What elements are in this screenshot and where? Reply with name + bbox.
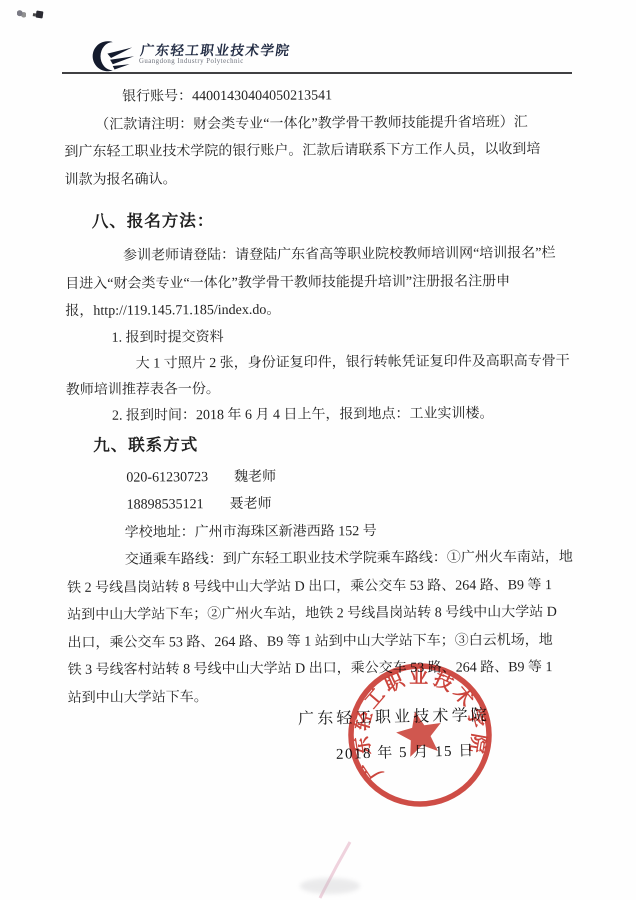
registration-url-line: 报，http://119.145.71.185/index.do。 — [65, 295, 577, 326]
scan-artifact-mark — [36, 11, 44, 19]
bank-account-line: 银行账号：44001430404050213541 — [64, 81, 576, 112]
official-seal-stamp: 广东轻工职业技术学院 — [331, 646, 509, 824]
header-divider — [62, 72, 572, 74]
scanned-document-page: 广东轻工职业技术学院 Guangdong Industry Polytechni… — [0, 0, 636, 900]
contact-phone: 020-61230723 — [126, 470, 208, 485]
route-line: 出口，乘公交车 53 路、264 路、B9 等 1 站到中山大学站下车；③白云机… — [67, 626, 579, 657]
address-line: 学校地址：广州市海珠区新港西路 152 号 — [67, 516, 579, 547]
contact-line: 18898535121聂老师 — [66, 489, 578, 520]
logo-bird-icon — [88, 41, 134, 75]
contact-line: 020-61230723魏老师 — [66, 461, 578, 492]
remit-note-line: （汇款请注明：财会类专业“一体化”教学骨干教师技能提升省培班）汇 — [64, 108, 576, 139]
logo-school-name: 广东轻工职业技术学院 — [140, 43, 292, 58]
route-line: 铁 3 号线客村站转 8 号线中山大学站 D 出口，乘公交车 53 路、264 … — [68, 654, 580, 685]
route-line: 铁 2 号线昌岗站转 8 号线中山大学站 D 出口，乘公交车 53 路、264 … — [67, 571, 579, 602]
item2-line: 2. 报到时间：2018 年 6 月 4 日上午，报到地点：工业实训楼。 — [66, 400, 578, 429]
contact-name: 聂老师 — [230, 497, 272, 512]
remit-note-line: 到广东轻工职业技术学院的银行账户。汇款后请联系下方工作人员，以收到培 — [64, 136, 576, 167]
section-8-heading: 八、报名方法： — [65, 204, 577, 236]
route-line: 交通乘车路线：到广东轻工职业技术学院乘车路线：①广州火车南站，地 — [67, 544, 579, 575]
registration-line: 目进入“财会类专业“一体化”教学骨干教师技能提升培训”注册报名注册申 — [65, 267, 577, 298]
document-body: 银行账号：44001430404050213541 （汇款请注明：财会类专业“一… — [64, 81, 580, 712]
scan-artifact-smudge — [300, 878, 360, 894]
route-line: 站到中山大学站下车；②广州火车站，地铁 2 号线昌岗站转 8 号线中山大学站 D — [67, 599, 579, 630]
registration-line: 参训老师请登陆：请登陆广东省高等职业院校教师培训网“培训报名”栏 — [65, 240, 577, 271]
item1-line: 教师培训推荐表各一份。 — [66, 374, 578, 403]
logo-school-name-en: Guangdong Industry Polytechnic — [139, 58, 289, 66]
school-logo: 广东轻工职业技术学院 Guangdong Industry Polytechni… — [88, 41, 290, 75]
remit-note-line: 训款为报名确认。 — [65, 163, 577, 194]
seal-star-icon — [393, 707, 447, 759]
item1-line: 大 1 寸照片 2 张，身份证复印件，银行转帐凭证复印件及高职高专骨干 — [66, 348, 578, 377]
item1-title-line: 1. 报到时提交资料 — [65, 322, 577, 351]
section-9-heading: 九、联系方式 — [66, 427, 578, 459]
contact-name: 魏老师 — [234, 469, 276, 484]
contact-phone: 18898535121 — [127, 497, 204, 512]
scan-artifact-dot — [17, 10, 26, 18]
